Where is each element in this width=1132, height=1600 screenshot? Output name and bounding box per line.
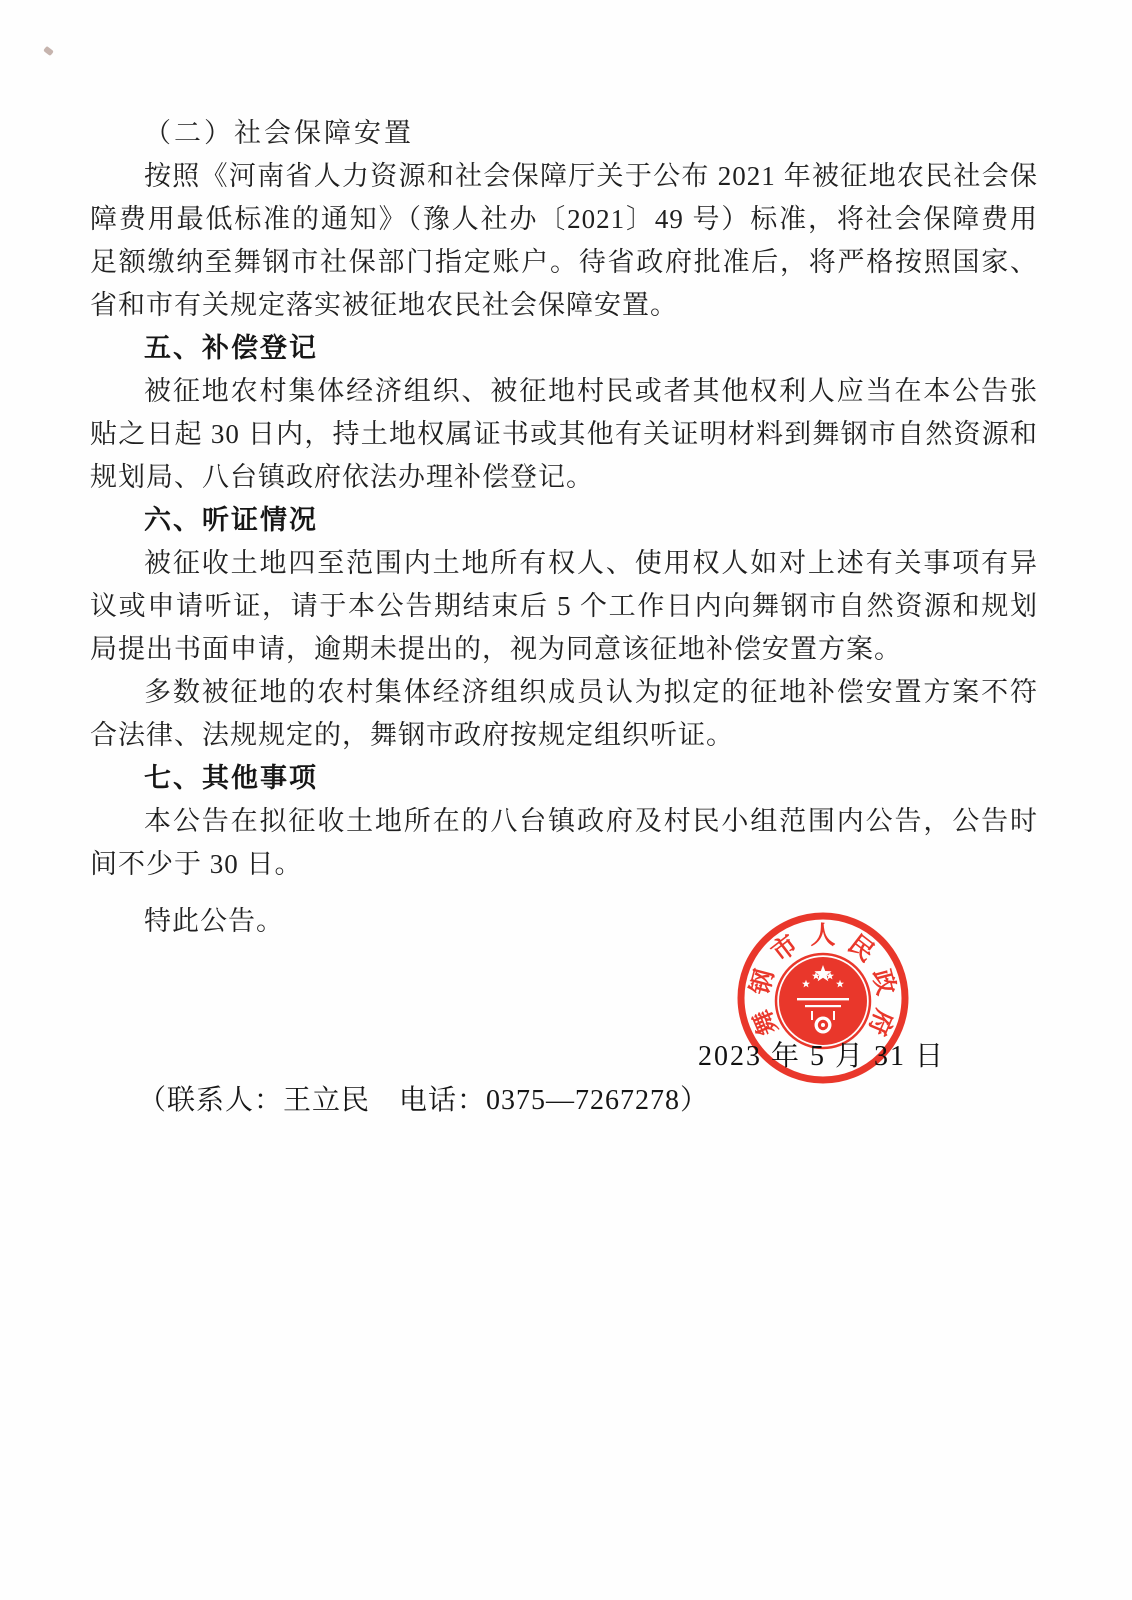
paragraph-other-matters: 本公告在拟征收土地所在的八台镇政府及村民小组范围内公告，公告时间不少于 30 日… bbox=[90, 800, 1038, 886]
scan-speck bbox=[43, 46, 54, 56]
section-heading-hearing: 六、听证情况 bbox=[90, 499, 1038, 542]
paragraph-hearing-2: 多数被征地的农村集体经济组织成员认为拟定的征地补偿安置方案不符合法律、法规规定的… bbox=[90, 671, 1038, 757]
subsection-heading-social-security: （二）社会保障安置 bbox=[90, 112, 1038, 155]
svg-text:钢: 钢 bbox=[745, 966, 779, 998]
contact-line: （联系人：王立民 电话：0375—7267278） bbox=[138, 1078, 709, 1118]
paragraph-compensation-registration: 被征地农村集体经济组织、被征地村民或者其他权利人应当在本公告张贴之日起 30 日… bbox=[90, 370, 1038, 499]
document-page: （二）社会保障安置 按照《河南省人力资源和社会保障厅关于公布 2021 年被征地… bbox=[0, 0, 1132, 1600]
issue-date: 2023 年 5 月 31 日 bbox=[698, 1034, 945, 1074]
announcement-body: （二）社会保障安置 按照《河南省人力资源和社会保障厅关于公布 2021 年被征地… bbox=[90, 112, 1038, 943]
paragraph-hearing-1: 被征收土地四至范围内土地所有权人、使用权人如对上述有关事项有异议或申请听证，请于… bbox=[90, 542, 1038, 671]
paragraph-social-security: 按照《河南省人力资源和社会保障厅关于公布 2021 年被征地农民社会保障费用最低… bbox=[90, 155, 1038, 327]
svg-text:人: 人 bbox=[810, 922, 835, 950]
svg-text:政: 政 bbox=[867, 967, 900, 998]
section-heading-other-matters: 七、其他事项 bbox=[90, 757, 1038, 800]
section-heading-compensation-registration: 五、补偿登记 bbox=[90, 327, 1038, 370]
